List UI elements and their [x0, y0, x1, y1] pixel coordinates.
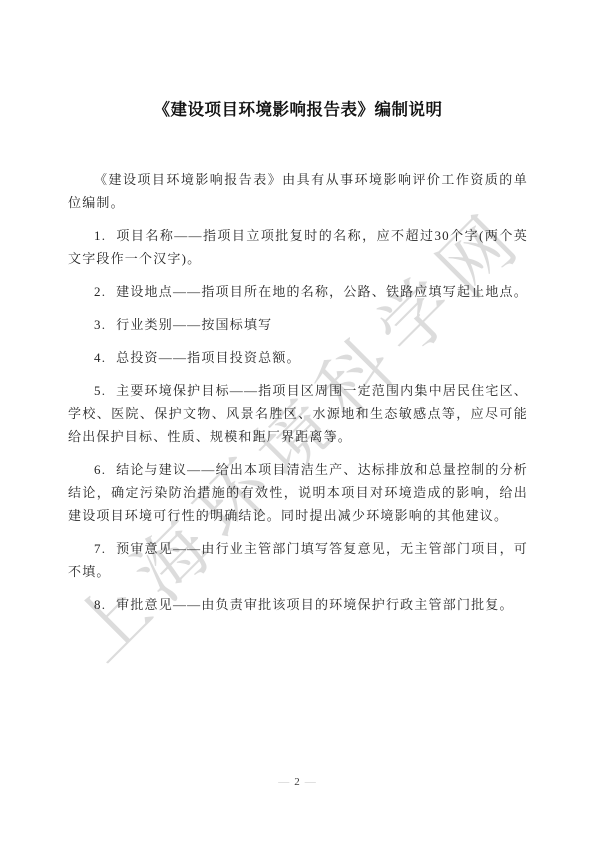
item-text: 行业类别——按国标填写 — [116, 317, 272, 332]
footer-right-dash: — — [305, 776, 317, 788]
list-item-2: 2.建设地点——指项目所在地的名称，公路、铁路应填写起止地点。 — [68, 280, 528, 303]
item-text: 审批意见——由负责审批该项目的环境保护行政主管部门批复。 — [116, 597, 514, 612]
item-number: 6. — [94, 462, 106, 477]
list-item-1: 1.项目名称——指项目立项批复时的名称，应不超过30个字(两个英文字段作一个汉字… — [68, 224, 528, 270]
item-text: 建设地点——指项目所在地的名称，公路、铁路应填写起止地点。 — [116, 284, 528, 299]
item-text: 总投资——指项目投资总额。 — [116, 350, 301, 365]
item-text: 结论与建议——给出本项目清洁生产、达标排放和总量控制的分析结论，确定污染防治措施… — [68, 462, 528, 523]
page-number: 2 — [294, 776, 301, 788]
page-footer: —2— — [0, 776, 595, 788]
list-item-7: 7.预审意见——由行业主管部门填写答复意见，无主管部门项目，可不填。 — [68, 537, 528, 583]
list-item-6: 6.结论与建议——给出本项目清洁生产、达标排放和总量控制的分析结论，确定污染防治… — [68, 458, 528, 527]
list-item-8: 8.审批意见——由负责审批该项目的环境保护行政主管部门批复。 — [68, 593, 528, 616]
intro-paragraph: 《建设项目环境影响报告表》由具有从事环境影响评价工作资质的单位编制。 — [68, 168, 528, 214]
item-number: 3. — [94, 317, 106, 332]
item-text: 预审意见——由行业主管部门填写答复意见，无主管部门项目，可不填。 — [68, 541, 528, 579]
page-title: 《建设项目环境影响报告表》编制说明 — [68, 0, 528, 121]
list-item-4: 4.总投资——指项目投资总额。 — [68, 346, 528, 369]
item-number: 7. — [94, 541, 106, 556]
item-text: 主要环境保护目标——指项目区周围一定范围内集中居民住宅区、学校、医院、保护文物、… — [68, 383, 528, 444]
item-number: 2. — [94, 284, 106, 299]
item-number: 1. — [94, 228, 106, 243]
document-page: 上海环境科学网 《建设项目环境影响报告表》编制说明 《建设项目环境影响报告表》由… — [0, 0, 595, 842]
list-item-5: 5.主要环境保护目标——指项目区周围一定范围内集中居民住宅区、学校、医院、保护文… — [68, 379, 528, 448]
footer-left-dash: — — [278, 776, 290, 788]
item-text: 项目名称——指项目立项批复时的名称，应不超过30个字(两个英文字段作一个汉字)。 — [68, 228, 528, 266]
item-number: 4. — [94, 350, 106, 365]
document-content: 《建设项目环境影响报告表》编制说明 《建设项目环境影响报告表》由具有从事环境影响… — [68, 0, 528, 616]
item-number: 5. — [94, 383, 106, 398]
list-item-3: 3.行业类别——按国标填写 — [68, 313, 528, 336]
item-number: 8. — [94, 597, 106, 612]
